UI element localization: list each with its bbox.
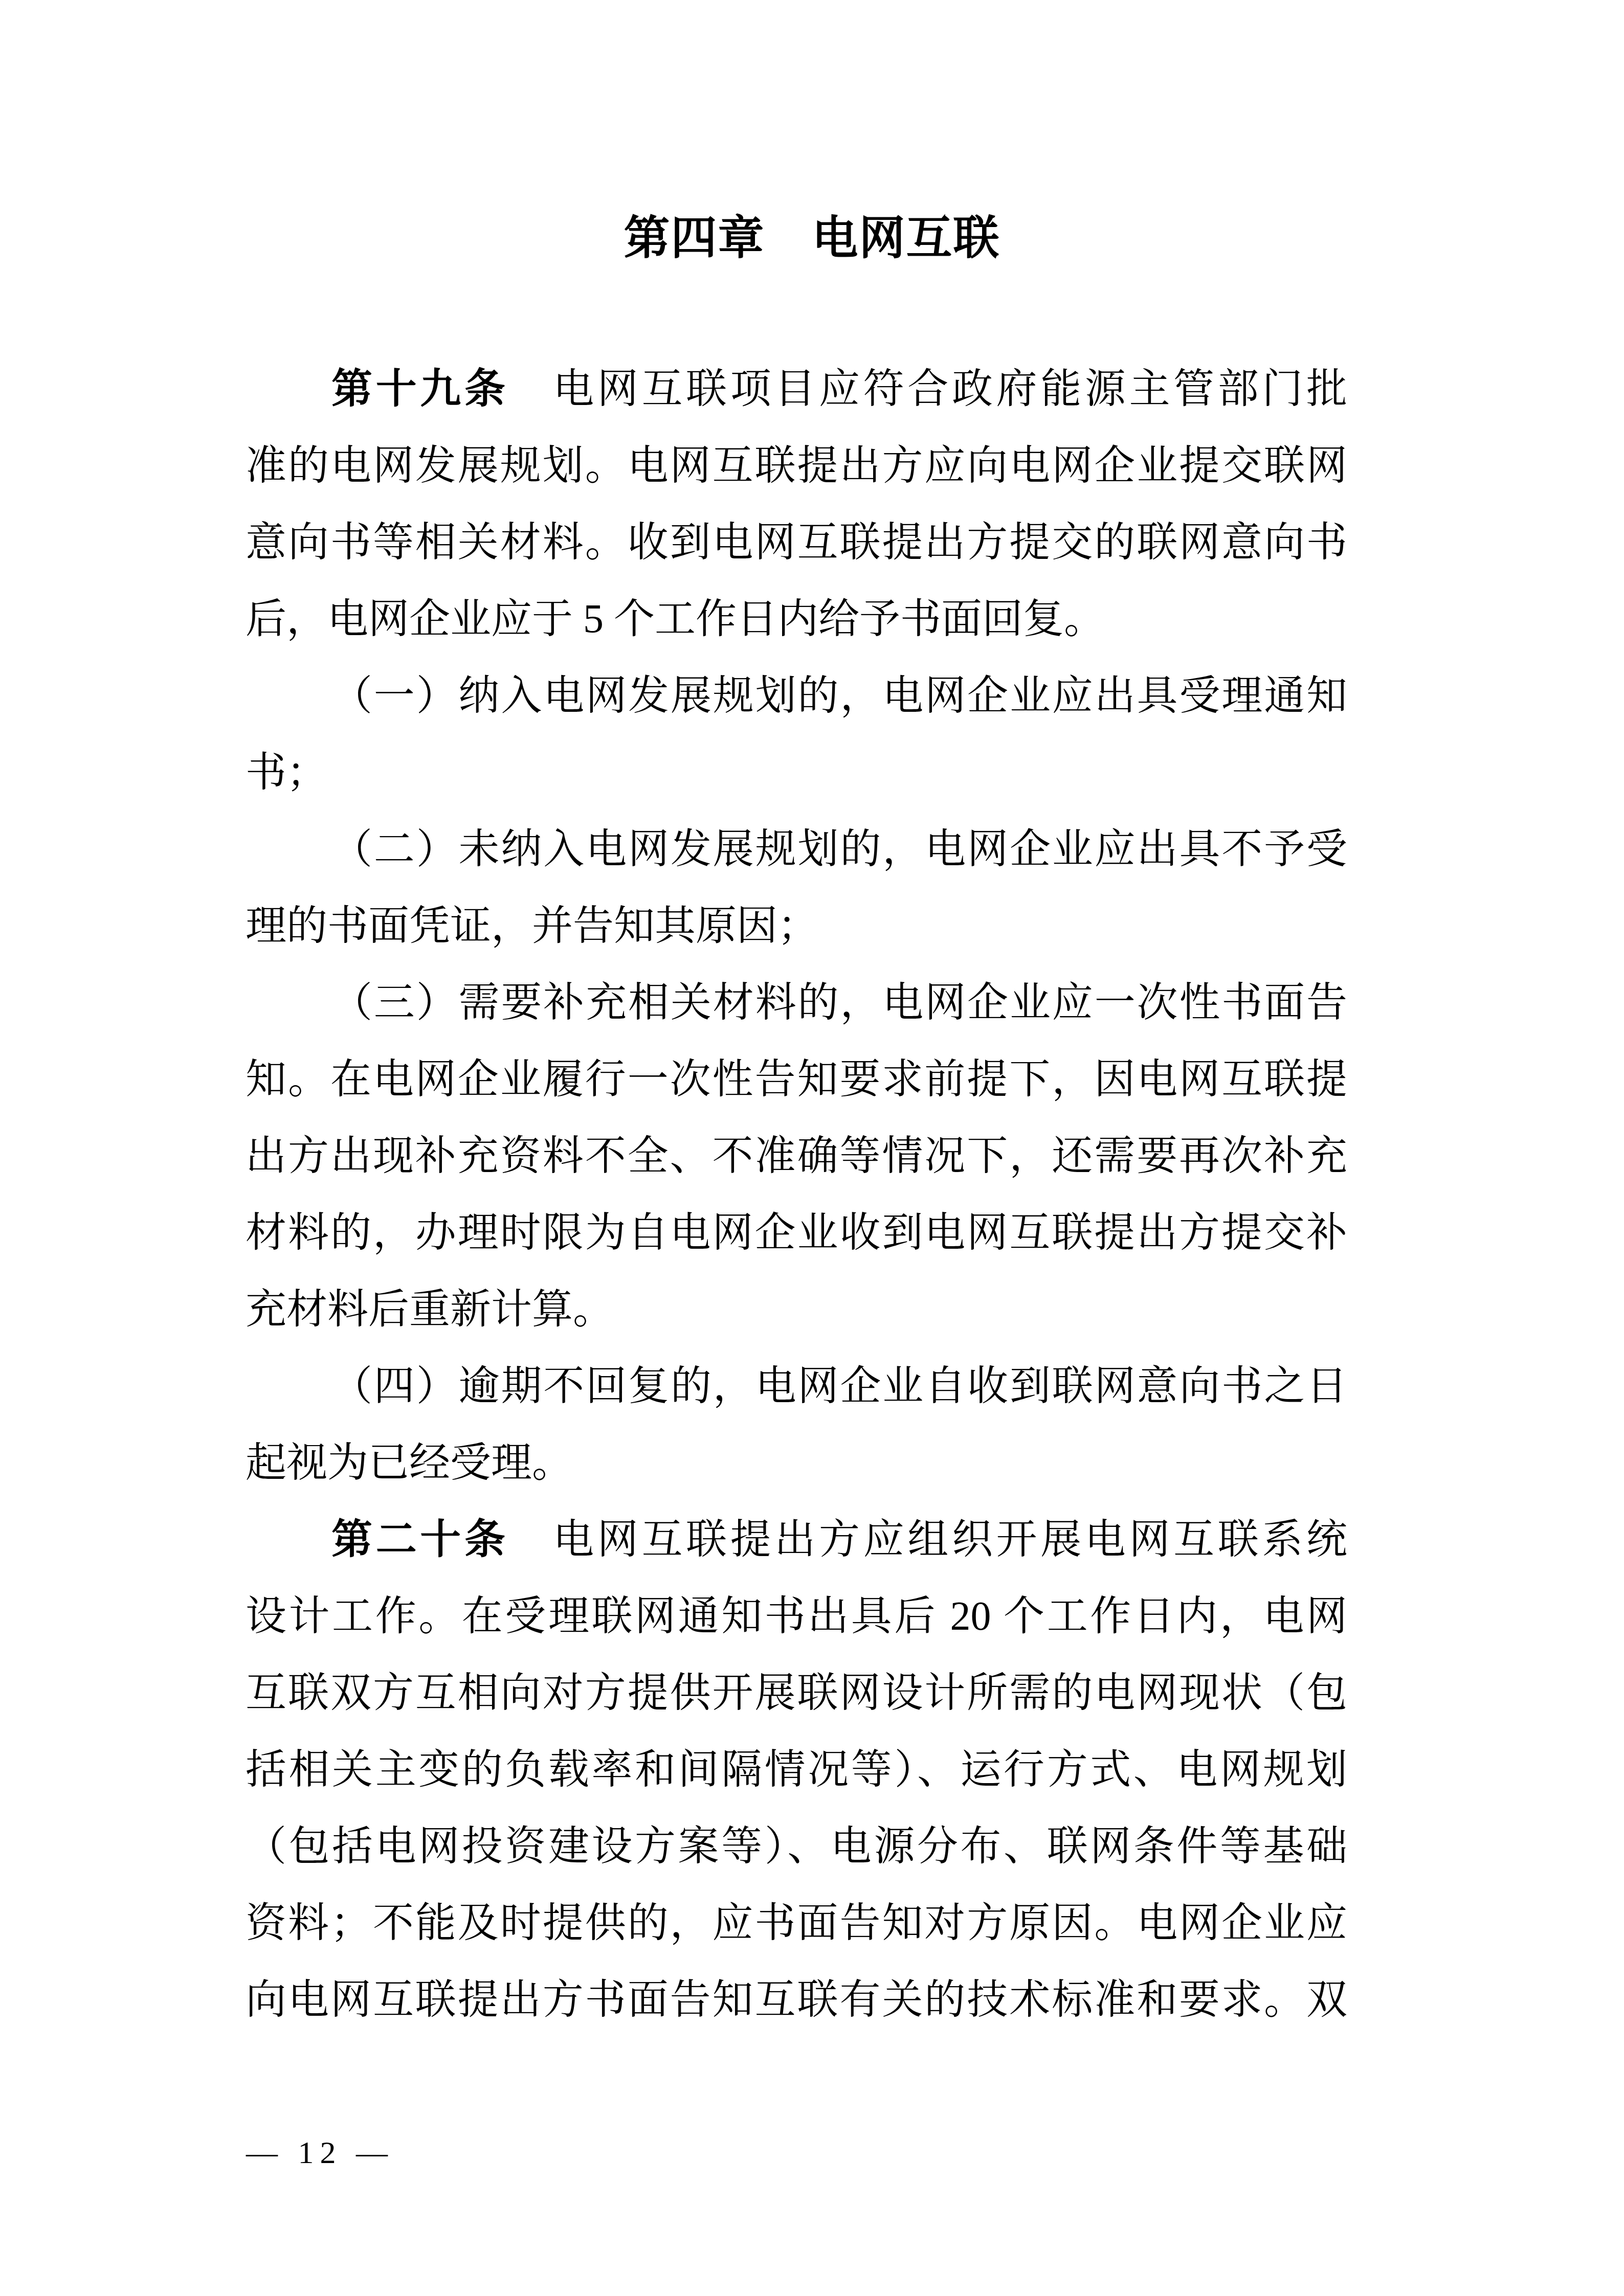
document-page: 第四章 电网互联 第十九条 电网互联项目应符合政府能源主管部门批 准的电网发展规… — [0, 0, 1624, 2296]
page-number: — 12 — — [246, 2131, 394, 2174]
line-text: 起视为已经受理。 — [246, 1440, 573, 1485]
text-line: 知。在电网企业履行一次性告知要求前提下，因电网互联提 — [246, 1041, 1347, 1118]
text-line: 互联双方互相向对方提供开展联网设计所需的电网现状（包 — [246, 1655, 1347, 1731]
line-text: 意向书等相关材料。收到电网互联提出方提交的联网意向书 — [246, 520, 1347, 565]
text-line: （一）纳入电网发展规划的，电网企业应出具受理通知 — [246, 658, 1347, 734]
line-text: 后，电网企业应于 5 个工作日内给予书面回复。 — [246, 597, 1105, 642]
text-line: 材料的，办理时限为自电网企业收到电网互联提出方提交补 — [246, 1195, 1347, 1271]
line-text: 设计工作。在受理联网通知书出具后 20 个工作日内，电网 — [246, 1594, 1347, 1639]
text-line: 意向书等相关材料。收到电网互联提出方提交的联网意向书 — [246, 504, 1347, 581]
article-number: 第十九条 — [331, 367, 509, 412]
line-text: （一）纳入电网发展规划的，电网企业应出具受理通知 — [331, 673, 1347, 718]
line-text: （三）需要补充相关材料的，电网企业应一次性书面告 — [331, 980, 1347, 1025]
line-text: 理的书面凭证，并告知其原因； — [246, 904, 818, 949]
text-line: 第十九条 电网互联项目应符合政府能源主管部门批 — [246, 351, 1347, 427]
line-text: 互联双方互相向对方提供开展联网设计所需的电网现状（包 — [246, 1671, 1347, 1716]
article-number: 第二十条 — [331, 1517, 509, 1562]
line-text: 准的电网发展规划。电网互联提出方应向电网企业提交联网 — [246, 443, 1347, 488]
chapter-title: 第四章 电网互联 — [0, 210, 1624, 267]
text-line: 后，电网企业应于 5 个工作日内给予书面回复。 — [246, 581, 1347, 658]
line-text: 出方出现补充资料不全、不准确等情况下，还需要再次补充 — [246, 1134, 1347, 1179]
text-line: （包括电网投资建设方案等）、电源分布、联网条件等基础 — [246, 1808, 1347, 1885]
line-text: 向电网互联提出方书面告知互联有关的技术标准和要求。双 — [246, 1977, 1347, 2022]
text-line: 书； — [246, 734, 1347, 811]
text-line: （四）逾期不回复的，电网企业自收到联网意向书之日 — [246, 1348, 1347, 1425]
text-line: 向电网互联提出方书面告知互联有关的技术标准和要求。双 — [246, 1962, 1347, 2038]
line-text: 充材料后重新计算。 — [246, 1287, 614, 1332]
line-text: 资料；不能及时提供的，应书面告知对方原因。电网企业应 — [246, 1901, 1347, 1946]
line-text: 电网互联项目应符合政府能源主管部门批 — [509, 367, 1347, 412]
text-line: 理的书面凭证，并告知其原因； — [246, 888, 1347, 964]
text-line: 资料；不能及时提供的，应书面告知对方原因。电网企业应 — [246, 1885, 1347, 1962]
line-text: 书； — [246, 750, 327, 795]
text-line: 起视为已经受理。 — [246, 1425, 1347, 1501]
line-text: （四）逾期不回复的，电网企业自收到联网意向书之日 — [331, 1364, 1347, 1409]
text-line: 准的电网发展规划。电网互联提出方应向电网企业提交联网 — [246, 427, 1347, 504]
text-line: 充材料后重新计算。 — [246, 1271, 1347, 1348]
text-line: 设计工作。在受理联网通知书出具后 20 个工作日内，电网 — [246, 1578, 1347, 1655]
text-line: （三）需要补充相关材料的，电网企业应一次性书面告 — [246, 964, 1347, 1041]
text-line: 第二十条 电网互联提出方应组织开展电网互联系统 — [246, 1501, 1347, 1578]
document-body: 第十九条 电网互联项目应符合政府能源主管部门批 准的电网发展规划。电网互联提出方… — [246, 351, 1347, 2038]
line-text: （二）未纳入电网发展规划的，电网企业应出具不予受 — [331, 827, 1347, 872]
text-line: 括相关主变的负载率和间隔情况等）、运行方式、电网规划 — [246, 1731, 1347, 1808]
line-text: 括相关主变的负载率和间隔情况等）、运行方式、电网规划 — [246, 1747, 1347, 1792]
text-line: （二）未纳入电网发展规划的，电网企业应出具不予受 — [246, 811, 1347, 888]
line-text: 材料的，办理时限为自电网企业收到电网互联提出方提交补 — [246, 1210, 1347, 1255]
line-text: 知。在电网企业履行一次性告知要求前提下，因电网互联提 — [246, 1057, 1347, 1102]
line-text: 电网互联提出方应组织开展电网互联系统 — [509, 1517, 1347, 1562]
text-line: 出方出现补充资料不全、不准确等情况下，还需要再次补充 — [246, 1118, 1347, 1195]
line-text: （包括电网投资建设方案等）、电源分布、联网条件等基础 — [246, 1824, 1347, 1869]
